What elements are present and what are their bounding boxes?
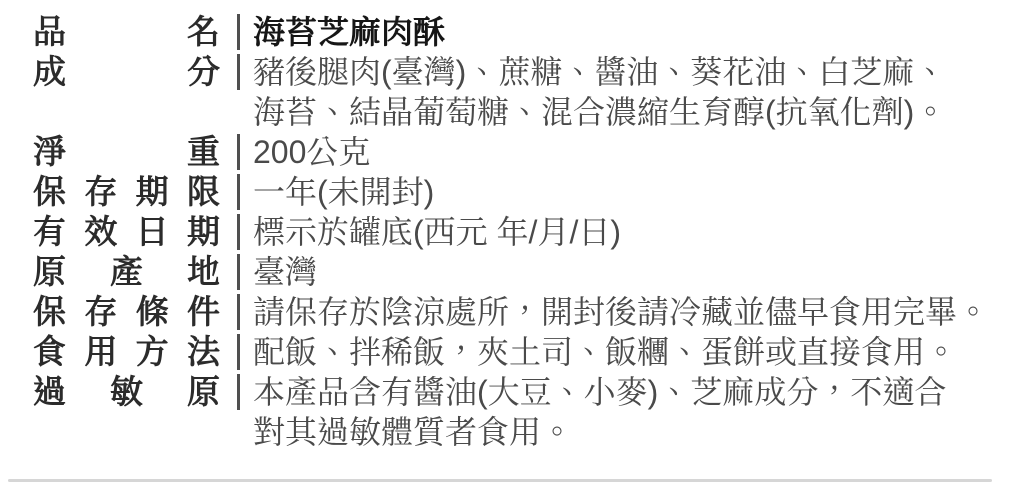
field-label: 有效日期	[33, 212, 220, 252]
product-info-label: 品名 海苔芝麻肉酥 成分 豬後腿肉(臺灣)、蔗糖、醬油、葵花油、白芝麻、 海苔、…	[0, 0, 1024, 483]
table-row: 原產地 臺灣	[33, 252, 1024, 292]
table-row: 有效日期 標示於罐底(西元 年/月/日)	[33, 212, 1024, 252]
column-divider	[237, 14, 240, 50]
field-value: 標示於罐底(西元 年/月/日)	[253, 212, 1024, 252]
photo-edge-line	[8, 479, 992, 482]
field-value: 200公克	[253, 132, 1024, 172]
column-divider	[237, 334, 240, 370]
column-divider	[237, 134, 240, 170]
field-label: 成分	[33, 52, 220, 92]
column-divider	[237, 374, 240, 410]
table-row: 品名 海苔芝麻肉酥	[33, 12, 1024, 52]
table-row: 淨重 200公克	[33, 132, 1024, 172]
field-value: 一年(未開封)	[253, 172, 1024, 212]
field-label: 保存期限	[33, 172, 220, 212]
column-divider	[237, 174, 240, 210]
field-value: 請保存於陰涼處所，開封後請冷藏並儘早食用完畢。	[253, 292, 1024, 332]
table-row: 保存條件 請保存於陰涼處所，開封後請冷藏並儘早食用完畢。	[33, 292, 1024, 332]
table-row: 過敏原 本產品含有醬油(大豆、小麥)、芝麻成分，不適合 對其過敏體質者食用。	[33, 372, 1024, 452]
field-value: 臺灣	[253, 252, 1024, 292]
field-label: 保存條件	[33, 292, 220, 332]
field-label: 淨重	[33, 132, 220, 172]
column-divider	[237, 254, 240, 290]
field-label: 食用方法	[33, 332, 220, 372]
field-label: 原產地	[33, 252, 220, 292]
field-value: 本產品含有醬油(大豆、小麥)、芝麻成分，不適合 對其過敏體質者食用。	[253, 372, 1024, 452]
field-value: 豬後腿肉(臺灣)、蔗糖、醬油、葵花油、白芝麻、 海苔、結晶葡萄糖、混合濃縮生育醇…	[253, 52, 1024, 132]
column-divider	[237, 294, 240, 330]
field-value: 海苔芝麻肉酥	[253, 12, 1024, 52]
table-row: 保存期限 一年(未開封)	[33, 172, 1024, 212]
field-label: 品名	[33, 12, 220, 52]
field-value: 配飯、拌稀飯，夾土司、飯糰、蛋餅或直接食用。	[253, 332, 1024, 372]
table-row: 成分 豬後腿肉(臺灣)、蔗糖、醬油、葵花油、白芝麻、 海苔、結晶葡萄糖、混合濃縮…	[33, 52, 1024, 132]
field-label: 過敏原	[33, 372, 220, 412]
table-row: 食用方法 配飯、拌稀飯，夾土司、飯糰、蛋餅或直接食用。	[33, 332, 1024, 372]
column-divider	[237, 214, 240, 250]
column-divider	[237, 54, 240, 90]
product-info-table: 品名 海苔芝麻肉酥 成分 豬後腿肉(臺灣)、蔗糖、醬油、葵花油、白芝麻、 海苔、…	[33, 12, 1024, 452]
